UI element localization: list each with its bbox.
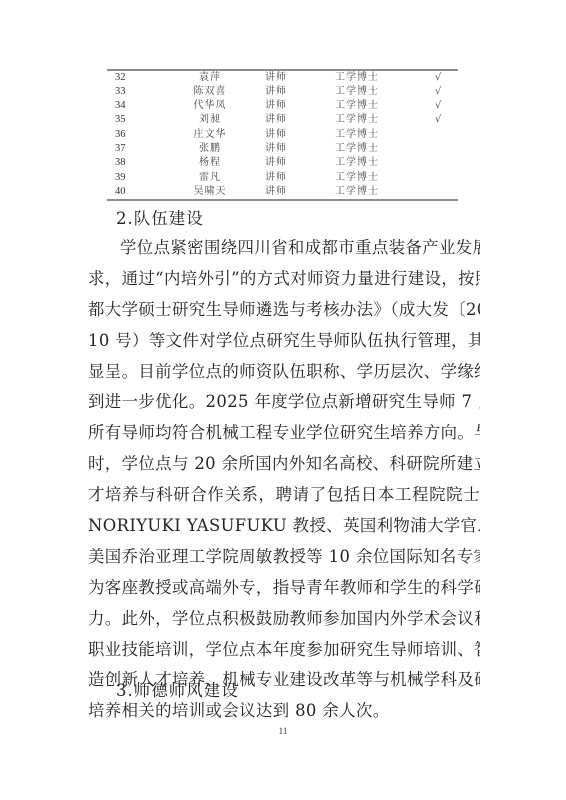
row-check-mark: √	[435, 85, 458, 99]
row-title: 讲师	[245, 113, 333, 127]
row-degree: 工学博士	[333, 99, 435, 113]
section-heading-team-building: 2.队伍建设	[116, 205, 204, 229]
paragraph-line: 10 号）等文件对学位点研究生导师队伍执行管理，其成效	[88, 326, 480, 357]
row-title: 讲师	[245, 99, 333, 113]
row-degree: 工学博士	[333, 156, 435, 170]
table-row: 35 刘昶 讲师 工学博士 √	[107, 113, 458, 127]
row-name: 张鹏	[175, 142, 245, 156]
row-degree: 工学博士	[333, 113, 435, 127]
row-name: 杨程	[175, 156, 245, 170]
row-check-mark: √	[435, 99, 458, 113]
row-number: 33	[107, 85, 175, 99]
paragraph-line: 所有导师均符合机械工程专业学位研究生培养方向。与此同	[88, 418, 480, 449]
row-degree: 工学博士	[333, 128, 435, 142]
row-name: 袁萍	[175, 71, 245, 85]
paragraph-line: 力。此外，学位点积极鼓励教师参加国内外学术会议和相关	[88, 604, 480, 635]
table-row: 36 庄文华 讲师 工学博士	[107, 128, 458, 142]
row-number: 34	[107, 99, 175, 113]
row-title: 讲师	[245, 142, 333, 156]
row-name: 代华凤	[175, 99, 245, 113]
row-degree: 工学博士	[333, 185, 435, 199]
table-row: 37 张鹏 讲师 工学博士	[107, 142, 458, 156]
row-check-mark	[435, 142, 458, 156]
section-paragraph-team-building: 学位点紧密围绕四川省和成都市重点装备产业发展需 求，通过“内培外引”的方式对师资…	[88, 233, 480, 727]
row-number: 38	[107, 156, 175, 170]
row-name: 吴啸天	[175, 185, 245, 199]
row-check-mark	[435, 128, 458, 142]
section-heading-ethics: 3.师德师风建设	[116, 677, 239, 701]
table-row: 34 代华凤 讲师 工学博士 √	[107, 99, 458, 113]
row-title: 讲师	[245, 71, 333, 85]
table-bottom-rule	[107, 199, 458, 201]
row-number: 32	[107, 71, 175, 85]
page-number: 11	[0, 726, 566, 736]
row-title: 讲师	[245, 185, 333, 199]
paragraph-line: 才培养与科研合作关系，聘请了包括日本工程院院士	[88, 480, 480, 511]
row-check-mark	[435, 171, 458, 185]
table-row: 40 吴啸天 讲师 工学博士	[107, 185, 458, 199]
paragraph-line: 职业技能培训，学位点本年度参加研究生导师培训、智能制	[88, 635, 480, 666]
paragraph-line: 到进一步优化。2025 年度学位点新增研究生导师 7 人，目前	[88, 387, 480, 418]
paragraph-line: 学位点紧密围绕四川省和成都市重点装备产业发展需	[88, 233, 480, 264]
row-check-mark	[435, 185, 458, 199]
row-degree: 工学博士	[333, 85, 435, 99]
row-check-mark	[435, 156, 458, 170]
row-number: 37	[107, 142, 175, 156]
row-check-mark: √	[435, 113, 458, 127]
paragraph-line: 为客座教授或高端外专，指导青年教师和学生的科学研究能	[88, 573, 480, 604]
row-degree: 工学博士	[333, 142, 435, 156]
paragraph-line: 美国乔治亚理工学院周敏教授等 10 余位国际知名专家学者	[88, 542, 480, 573]
table-row: 33 陈双喜 讲师 工学博士 √	[107, 85, 458, 99]
row-degree: 工学博士	[333, 171, 435, 185]
row-number: 39	[107, 171, 175, 185]
faculty-table-body: 32 袁萍 讲师 工学博士 √ 33 陈双喜 讲师 工学博士 √ 34 代华凤 …	[107, 71, 458, 200]
paragraph-line: 时，学位点与 20 余所国内外知名高校、科研院所建立了人	[88, 449, 480, 480]
table-row: 32 袁萍 讲师 工学博士 √	[107, 71, 458, 85]
row-name: 庄文华	[175, 128, 245, 142]
row-name: 陈双喜	[175, 85, 245, 99]
paragraph-line: NORIYUKI YASUFUKU 教授、英国利物浦大学官忠伟教授、	[88, 511, 480, 542]
row-number: 36	[107, 128, 175, 142]
row-number: 40	[107, 185, 175, 199]
row-title: 讲师	[245, 128, 333, 142]
table-row: 39 雷凡 讲师 工学博士	[107, 171, 458, 185]
row-title: 讲师	[245, 156, 333, 170]
row-degree: 工学博士	[333, 71, 435, 85]
row-title: 讲师	[245, 85, 333, 99]
paragraph-line: 显呈。目前学位点的师资队伍职称、学历层次、学缘结构得	[88, 357, 480, 388]
paragraph-line: 求，通过“内培外引”的方式对师资力量进行建设，按照《成	[88, 264, 480, 295]
row-check-mark: √	[435, 71, 458, 85]
row-number: 35	[107, 113, 175, 127]
row-name: 雷凡	[175, 171, 245, 185]
faculty-table: 32 袁萍 讲师 工学博士 √ 33 陈双喜 讲师 工学博士 √ 34 代华凤 …	[107, 69, 458, 201]
row-name: 刘昶	[175, 113, 245, 127]
row-title: 讲师	[245, 171, 333, 185]
table-row: 38 杨程 讲师 工学博士	[107, 156, 458, 170]
paragraph-line: 都大学硕士研究生导师遴选与考核办法》（成大发〔2021〕	[88, 295, 480, 326]
